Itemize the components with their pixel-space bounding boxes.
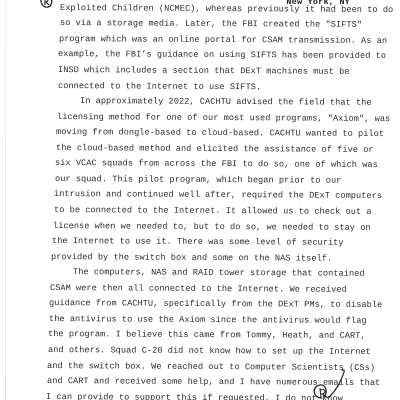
document-text-line: the Internet to use it. There was some l… — [52, 236, 344, 248]
document-text-line: connected to the Internet to use SIFTS. — [58, 81, 261, 92]
document-text-line: program which was an online portal for C… — [59, 34, 387, 46]
document-text-line: CSAM were then all connected to the Inte… — [50, 283, 347, 295]
document-text-line: our squad. This pilot program, which beg… — [55, 174, 341, 186]
document-text-line: I can provide to support this if request… — [46, 392, 343, 400]
document-text-line: moving from dongle-based to cloud-based.… — [56, 127, 384, 139]
document-text-line: six VCAC squads from across the FBI to d… — [55, 158, 378, 170]
document-text-line: example, the FBI’s guidance on using SIF… — [58, 49, 386, 61]
document-text-line: In approximately 2022, CACHTU advised th… — [80, 96, 372, 108]
document-text-line: Exploited Children (NCMEC), whereas prev… — [60, 3, 393, 15]
document-text-line: to be connected to the Internet. It allo… — [54, 205, 372, 217]
document-text-line: The computers, NAS and RAID tower storag… — [73, 267, 365, 279]
document-text-line: INSD which includes a section that DExT … — [58, 65, 350, 77]
document-text-line: the program. I believe this came from To… — [48, 329, 366, 341]
document-text-line: the antivirus to use the Axiom since the… — [49, 314, 367, 326]
document-page: New York, NY Exploited Children (NCMEC),… — [0, 0, 400, 400]
document-text-line: the cloud-based method and elicited the … — [56, 143, 374, 155]
handwritten-initials-icon — [38, 0, 54, 10]
document-text-line: provided by the switch box and some on t… — [51, 252, 332, 264]
document-text-line: intrusion and continued well after, requ… — [54, 189, 382, 201]
document-text-line: so via a storage media. Later, the FBI c… — [60, 18, 362, 30]
document-text-line: license when we needed to, but to do so,… — [53, 221, 371, 233]
handwritten-initials-icon — [308, 368, 348, 400]
page-margin-edge — [5, 0, 6, 400]
document-text-line: and others. Squad C-20 did not know how … — [48, 345, 371, 357]
document-text-line: guidance from CACHTU, specifically from … — [49, 298, 382, 310]
document-text-line: licensing method for one of our most use… — [57, 112, 390, 124]
